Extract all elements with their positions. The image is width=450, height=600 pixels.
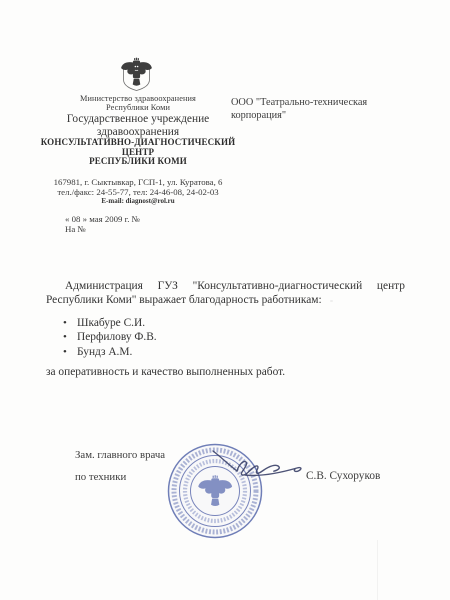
- signer-name: С.В. Сухоруков: [306, 470, 380, 482]
- worker-name: Бундз А.М.: [77, 346, 132, 358]
- institution-name: Государственное учреждение здравоохранен…: [40, 113, 236, 139]
- recipient-line-1: ООО "Театрально-техническая: [231, 97, 391, 110]
- recipient-line-2: корпорация": [231, 110, 391, 123]
- ministry-line-2: Республики Коми: [40, 104, 236, 113]
- signer-position-line-1: Зам. главного врача: [75, 449, 165, 461]
- list-item: Перфилову Ф.В.: [63, 330, 157, 344]
- paragraph-line-2: Республики Коми" выражает благодарность …: [46, 294, 405, 308]
- signer-position-line-2: по техники: [75, 471, 126, 483]
- scan-artifact: [377, 540, 378, 600]
- list-item: Бундз А.М.: [63, 345, 157, 359]
- center-name-line-3: РЕСПУБЛИКИ КОМИ: [40, 157, 236, 167]
- closing-line: за оперативность и качество выполненных …: [46, 366, 285, 378]
- komi-coat-of-arms-icon: [120, 55, 153, 93]
- reference-line: На №: [65, 224, 140, 234]
- workers-list: Шкабуре С.И. Перфилову Ф.В. Бундз А.М.: [63, 316, 157, 359]
- worker-name: Перфилову Ф.В.: [77, 331, 157, 343]
- paragraph-line-1: Администрация ГУЗ "Консультативно-диагно…: [46, 280, 405, 294]
- recipient-block: ООО "Театрально-техническая корпорация": [231, 97, 391, 122]
- signature-scrawl: [185, 441, 315, 487]
- list-item: Шкабуре С.И.: [63, 316, 157, 330]
- body-paragraph: Администрация ГУЗ "Консультативно-диагно…: [46, 280, 405, 308]
- ministry-name: Министерство здравоохранения Республики …: [40, 95, 236, 112]
- institution-line-1: Государственное учреждение: [40, 113, 236, 126]
- date-line: « 08 » мая 2009 г. №: [65, 214, 140, 224]
- email-address: E-mail: diagnost@rol.ru: [40, 197, 236, 206]
- address-block: 167981, г. Сыктывкар, ГСП-1, ул. Куратов…: [40, 178, 236, 206]
- worker-name: Шкабуре С.И.: [77, 317, 145, 329]
- scanned-letter-page: Министерство здравоохранения Республики …: [0, 0, 450, 600]
- center-name: КОНСУЛЬТАТИВНО-ДИАГНОСТИЧЕСКИЙ ЦЕНТР РЕС…: [40, 138, 236, 167]
- scan-artifact: [330, 300, 333, 302]
- date-reference-block: « 08 » мая 2009 г. № На №: [65, 214, 140, 235]
- phone-numbers: тел./факс: 24-55-77, тел: 24-46-08, 24-0…: [40, 188, 236, 198]
